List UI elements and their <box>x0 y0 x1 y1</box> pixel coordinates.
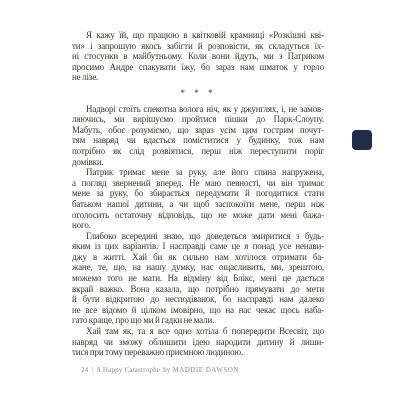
paragraph: Хай там як, та я все одно хотіла б попер… <box>72 326 324 358</box>
text-line: тям навряд чи вдасться поміститися у буд… <box>72 135 324 146</box>
text-line: а погляд звернений вперед. Не маю певнос… <box>72 178 324 189</box>
text-line: потрібно як слід розвіятися, перш ніж пе… <box>72 146 324 157</box>
text-line: Надворі стоїть спекотна волога ніч, як у… <box>72 104 324 115</box>
text-line: просимо Андре спакувати їжу, бо зараз на… <box>72 62 324 73</box>
text-line: ляючись, ми вирішуємо пройтися пішки до … <box>72 114 324 125</box>
paragraph: Я кажу їй, що працюю в квітковій крамниц… <box>72 30 324 83</box>
paragraph: Надворі стоїть спекотна волога ніч, як у… <box>72 104 324 168</box>
paragraph: Патрик тримає мене за руку, але його спи… <box>72 167 324 231</box>
text-line: ні стосунки в майбутньому. Коли вони йду… <box>72 51 324 62</box>
text-line: джу в житті. Хай би як сильно нам хотіло… <box>72 252 324 263</box>
text-line: не лізе. <box>72 72 324 83</box>
book-title: A Happy Catastrophe <box>96 366 160 374</box>
book-author: MADDIE DAWSON <box>173 366 239 374</box>
text-line: вкрай важко. Вона казала, що потрібно пр… <box>72 284 324 295</box>
text-line: й бути відкритою до несподіванок, бо нас… <box>72 294 324 305</box>
text-line: ти» і запрошую якось забігти й розповіст… <box>72 41 324 52</box>
text-line: оголосить остаточну відповідь, що не мож… <box>72 210 324 221</box>
highlight-marker[interactable] <box>352 130 372 150</box>
page-footer: 24|A Happy CatastrophebyMADDIE DAWSON <box>81 366 239 375</box>
text-line: батьком нашої дитини, а чи щоб заспокоїт… <box>72 199 324 210</box>
text-line: жане, те, що, на нашу думку, нас ощаслив… <box>72 262 324 273</box>
text-line: мене за руку, бо збирається передумати й… <box>72 188 324 199</box>
footer-divider: | <box>91 366 93 374</box>
footer-byline: by <box>163 366 170 374</box>
text-line: яким із цих варіантів. І насправді саме … <box>72 241 324 252</box>
text-line: можемо того не мати. На відміну від Блік… <box>72 273 324 284</box>
text-line: гато краще, про що ми й гадки не мали. <box>72 315 324 326</box>
book-page: Я кажу їй, що працюю в квітковій крамниц… <box>0 0 400 400</box>
page-text-block: Я кажу їй, що працюю в квітковій крамниц… <box>72 30 324 358</box>
text-line: Мабуть, обоє розуміємо, що зараз усім ци… <box>72 125 324 136</box>
paragraph: Глибоко всередині знаю, що доведеться зм… <box>72 231 324 326</box>
text-line: навряд чи зможу облишити ідею народити д… <box>72 337 324 348</box>
text-line: Я кажу їй, що працюю в квітковій крамниц… <box>72 30 324 41</box>
text-line: домівки. <box>72 157 324 168</box>
text-line: Патрик тримає мене за руку, але його спи… <box>72 167 324 178</box>
section-separator: * * * <box>72 88 324 99</box>
text-line: не все відомо й цілком імовірно, що на н… <box>72 305 324 316</box>
text-line: тися при тому переважно приємною людиною… <box>72 347 324 358</box>
text-line: ного. <box>72 220 324 231</box>
text-line: Глибоко всередині знаю, що доведеться зм… <box>72 231 324 242</box>
text-line: Хай там як, та я все одно хотіла б попер… <box>72 326 324 337</box>
page-number: 24 <box>81 366 88 374</box>
